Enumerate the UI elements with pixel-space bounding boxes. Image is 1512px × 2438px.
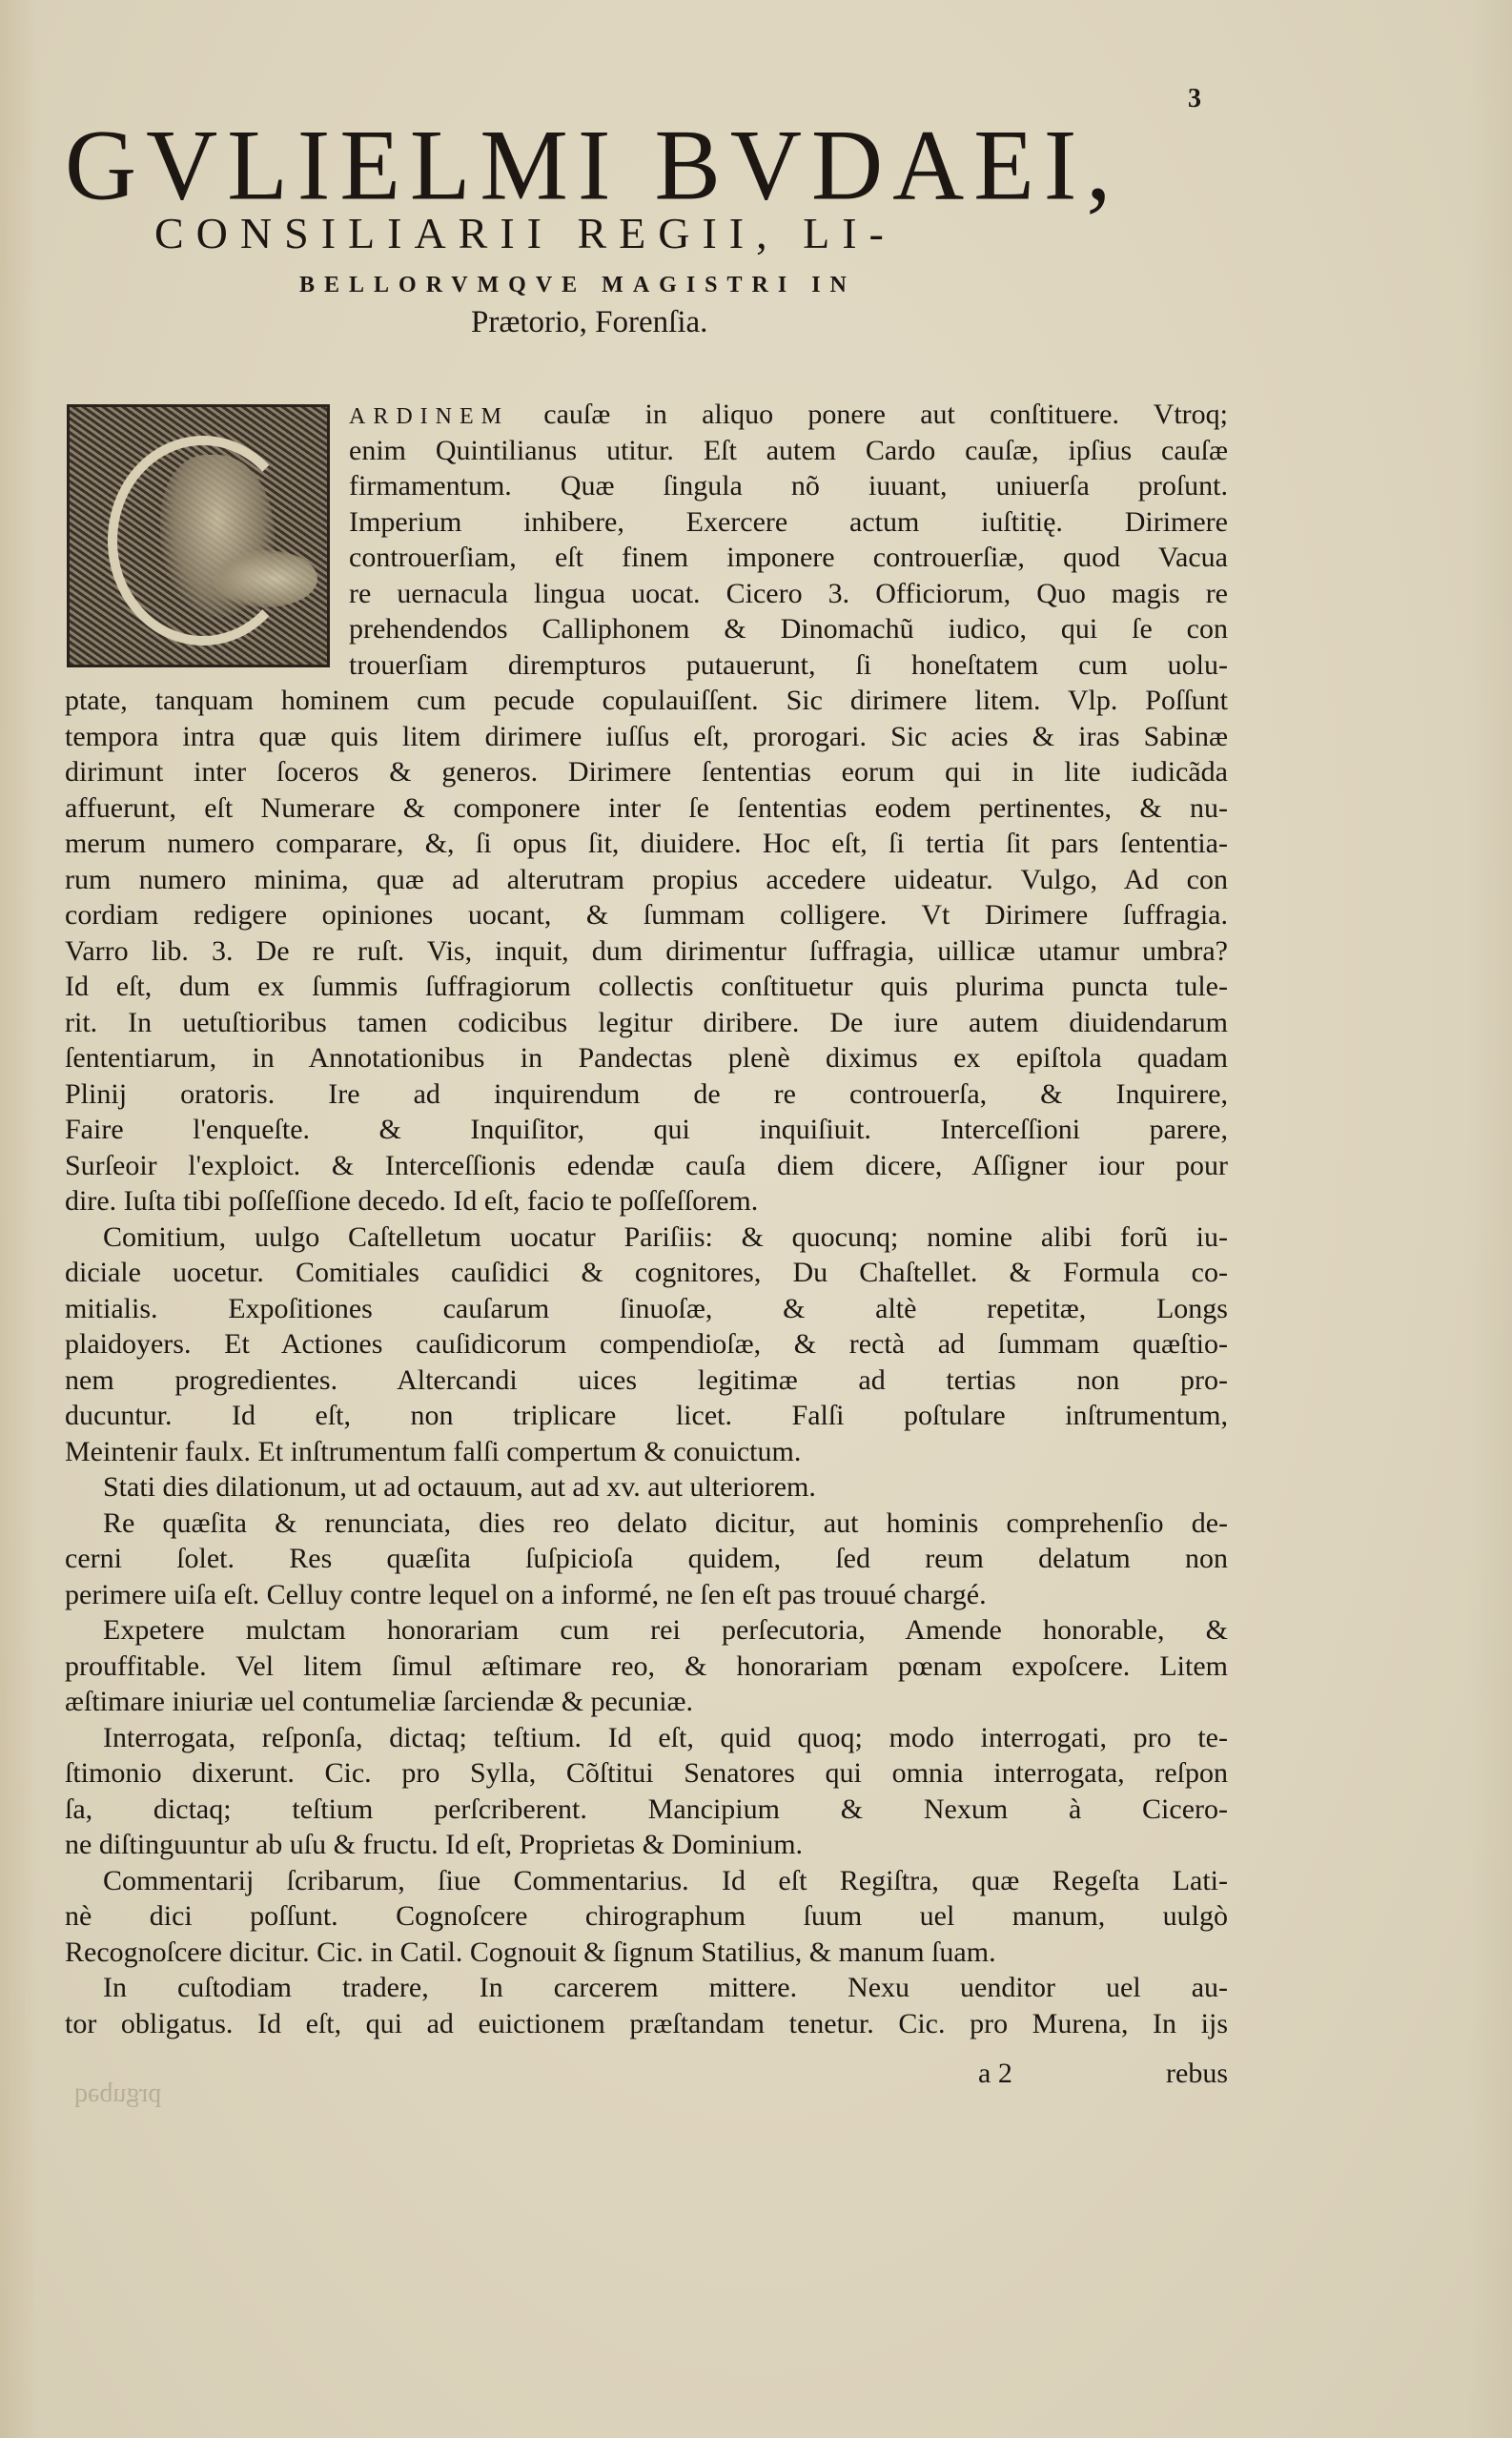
line-text: cordiam redigere opiniones uocant, & ſum… xyxy=(65,899,1228,931)
line-text: Interrogata, reſponſa, dictaq; teſtium. … xyxy=(103,1722,1228,1753)
text-line: enim Quintilianus utitur. Eſt autem Card… xyxy=(349,433,1228,469)
line-text: cerni ſolet. Res quæſita ſuſpicioſa quid… xyxy=(65,1543,1228,1574)
text-line: trouerſiam dirempturos putauerunt, ſi ho… xyxy=(349,647,1228,684)
line-text: Meintenir faulx. Et inſtrumentum falſi c… xyxy=(65,1436,801,1467)
line-text: ptate, tanquam hominem cum pecude copula… xyxy=(65,685,1228,716)
text-line: diciale uocetur. Comitiales cauſidici & … xyxy=(65,1255,1228,1291)
text-line: æſtimare iniuriæ uel contumeliæ ſarciend… xyxy=(65,1684,1228,1720)
line-text: Surſeoir l'exploict. & Interceſſionis ed… xyxy=(65,1150,1228,1181)
line-text: rit. In uetuſtioribus tamen codicibus le… xyxy=(65,1007,1228,1038)
text-line: Recognoſcere dicitur. Cic. in Catil. Cog… xyxy=(65,1935,1228,1971)
title-subtitle-line-3: Prætorio, Forenſia. xyxy=(471,307,707,338)
line-text: merum numero comparare, &, ſi opus ſit, … xyxy=(65,828,1228,859)
text-line: ne diſtinguuntur ab uſu & fructu. Id eſt… xyxy=(65,1827,1228,1863)
show-through-text: prgubəq xyxy=(74,2079,161,2109)
line-text: Imperium inhibere, Exercere actum iuſtit… xyxy=(349,506,1228,538)
text-line: prehendendos Calliphonem & Dinomachũ iud… xyxy=(349,611,1228,647)
line-text: nè dici poſſunt. Cognoſcere chirographum… xyxy=(65,1900,1228,1932)
line-text: prouffitable. Vel litem ſimul æſtimare r… xyxy=(65,1650,1228,1682)
line-text: prehendendos Calliphonem & Dinomachũ iud… xyxy=(349,613,1228,645)
text-line: prouffitable. Vel litem ſimul æſtimare r… xyxy=(65,1649,1228,1685)
text-line: In cuſtodiam tradere, In carcerem mitter… xyxy=(65,1970,1228,2006)
line-text: Plinij oratoris. Ire ad inquirendum de r… xyxy=(65,1078,1228,1110)
line-text: Comitium, uulgo Caſtelletum uocatur Pari… xyxy=(103,1221,1228,1253)
initial-word-smallcaps: ARDINEM xyxy=(349,404,509,429)
line-text: Commentarij ſcribarum, ſiue Commentarius… xyxy=(103,1865,1228,1896)
text-line: Comitium, uulgo Caſtelletum uocatur Pari… xyxy=(65,1219,1228,1256)
line-text: plaidoyers. Et Actiones cauſidicorum com… xyxy=(65,1328,1228,1360)
text-line: Expetere mulctam honorariam cum rei perſ… xyxy=(65,1612,1228,1649)
signature-mark: a 2 xyxy=(978,2058,1012,2090)
text-line: ARDINEM cauſæ in aliquo ponere aut conſt… xyxy=(349,397,1228,433)
line-text: diciale uocetur. Comitiales cauſidici & … xyxy=(65,1257,1228,1288)
text-line: merum numero comparare, &, ſi opus ſit, … xyxy=(65,826,1228,862)
line-text: re uernacula lingua uocat. Cicero 3. Off… xyxy=(349,578,1228,609)
text-line: Imperium inhibere, Exercere actum iuſtit… xyxy=(349,504,1228,541)
text-line: ſa, dictaq; teſtium perſcriberent. Manci… xyxy=(65,1792,1228,1828)
text-line: affuerunt, eſt Numerare & componere inte… xyxy=(65,790,1228,827)
line-text: firmamentum. Quæ ſingula nõ iuuant, uniu… xyxy=(349,470,1228,502)
text-line: firmamentum. Quæ ſingula nõ iuuant, uniu… xyxy=(349,468,1228,504)
text-line: mitialis. Expoſitiones cauſarum ſinuoſæ,… xyxy=(65,1291,1228,1327)
line-text: æſtimare iniuriæ uel contumeliæ ſarciend… xyxy=(65,1686,693,1717)
line-text: mitialis. Expoſitiones cauſarum ſinuoſæ,… xyxy=(65,1293,1228,1324)
catchword: rebus xyxy=(1166,2058,1228,2090)
line-text: Expetere mulctam honorariam cum rei perſ… xyxy=(103,1614,1228,1646)
text-line: controuerſiam, eſt finem imponere contro… xyxy=(349,540,1228,576)
text-line: tor obligatus. Id eſt, qui ad euictionem… xyxy=(65,2006,1228,2042)
line-text: Id eſt, dum ex ſummis ſuffragiorum colle… xyxy=(65,971,1228,1002)
text-line: cordiam redigere opiniones uocant, & ſum… xyxy=(65,897,1228,933)
line-text: Faire l'enqueſte. & Inquiſitor, qui inqu… xyxy=(65,1114,1228,1145)
page-number: 3 xyxy=(1188,84,1201,114)
text-line: Interrogata, reſponſa, dictaq; teſtium. … xyxy=(65,1720,1228,1756)
line-text: perimere uiſa eſt. Celluy contre lequel … xyxy=(65,1579,987,1610)
line-text: nem progredientes. Altercandi uices legi… xyxy=(65,1364,1228,1396)
text-line: ſtimonio dixerunt. Cic. pro Sylla, Cõſti… xyxy=(65,1755,1228,1792)
line-text: In cuſtodiam tradere, In carcerem mitter… xyxy=(103,1972,1228,2003)
text-line: tempora intra quæ quis litem dirimere iu… xyxy=(65,719,1228,755)
text-line: rit. In uetuſtioribus tamen codicibus le… xyxy=(65,1005,1228,1041)
line-text: dire. Iuſta tibi poſſeſſione decedo. Id … xyxy=(65,1185,758,1217)
line-text: cauſæ in aliquo ponere aut conſtituere. … xyxy=(509,399,1228,430)
text-line: Id eſt, dum ex ſummis ſuffragiorum colle… xyxy=(65,969,1228,1005)
text-line: nè dici poſſunt. Cognoſcere chirographum… xyxy=(65,1898,1228,1935)
main-text-block: ARDINEM cauſæ in aliquo ponere aut conſt… xyxy=(65,397,1228,2041)
text-line: cerni ſolet. Res quæſita ſuſpicioſa quid… xyxy=(65,1541,1228,1577)
line-text: ſtimonio dixerunt. Cic. pro Sylla, Cõſti… xyxy=(65,1757,1228,1789)
text-line: Varro lib. 3. De re ruſt. Vis, inquit, d… xyxy=(65,933,1228,970)
book-page: 3 GVLIELMI BVDAEI, CONSILIARII REGII, LI… xyxy=(0,0,1512,2438)
line-text: tor obligatus. Id eſt, qui ad euictionem… xyxy=(65,2008,1228,2039)
text-line: ducuntur. Id eſt, non triplicare licet. … xyxy=(65,1398,1228,1434)
text-line: Re quæſita & renunciata, dies reo delato… xyxy=(65,1506,1228,1542)
title-subtitle-line-1: CONSILIARII REGII, LI- xyxy=(154,212,896,256)
text-line: dire. Iuſta tibi poſſeſſione decedo. Id … xyxy=(65,1183,1228,1219)
line-text: enim Quintilianus utitur. Eſt autem Card… xyxy=(349,435,1228,466)
text-line: re uernacula lingua uocat. Cicero 3. Off… xyxy=(349,576,1228,612)
line-text: rum numero minima, quæ ad alterutram pro… xyxy=(65,864,1228,895)
line-text: Stati dies dilationum, ut ad octauum, au… xyxy=(103,1471,816,1503)
text-line: perimere uiſa eſt. Celluy contre lequel … xyxy=(65,1577,1228,1613)
line-text: Varro lib. 3. De re ruſt. Vis, inquit, d… xyxy=(65,935,1228,967)
line-text: ſa, dictaq; teſtium perſcriberent. Manci… xyxy=(65,1793,1228,1825)
text-line: plaidoyers. Et Actiones cauſidicorum com… xyxy=(65,1326,1228,1362)
line-text: trouerſiam dirempturos putauerunt, ſi ho… xyxy=(349,649,1228,681)
line-text: ne diſtinguuntur ab uſu & fructu. Id eſt… xyxy=(65,1829,803,1860)
text-line: Commentarij ſcribarum, ſiue Commentarius… xyxy=(65,1863,1228,1899)
text-line: Stati dies dilationum, ut ad octauum, au… xyxy=(65,1469,1228,1506)
title-author-name: GVLIELMI BVDAEI, xyxy=(65,115,1120,216)
text-line: ptate, tanquam hominem cum pecude copula… xyxy=(65,683,1228,719)
line-text: tempora intra quæ quis litem dirimere iu… xyxy=(65,721,1228,752)
line-text: dirimunt inter ſoceros & generos. Dirime… xyxy=(65,756,1228,788)
line-text: affuerunt, eſt Numerare & componere inte… xyxy=(65,792,1228,824)
line-text: ſententiarum, in Annotationibus in Pande… xyxy=(65,1042,1228,1074)
title-subtitle-line-2: BELLORVMQVE MAGISTRI IN xyxy=(299,274,856,297)
text-line: Meintenir faulx. Et inſtrumentum falſi c… xyxy=(65,1434,1228,1470)
line-text: Recognoſcere dicitur. Cic. in Catil. Cog… xyxy=(65,1936,996,1968)
text-line: Faire l'enqueſte. & Inquiſitor, qui inqu… xyxy=(65,1112,1228,1148)
text-line: rum numero minima, quæ ad alterutram pro… xyxy=(65,862,1228,898)
line-text: controuerſiam, eſt finem imponere contro… xyxy=(349,542,1228,573)
text-line: ſententiarum, in Annotationibus in Pande… xyxy=(65,1040,1228,1076)
line-text: Re quæſita & renunciata, dies reo delato… xyxy=(103,1507,1228,1539)
text-line: Plinij oratoris. Ire ad inquirendum de r… xyxy=(65,1076,1228,1113)
text-line: nem progredientes. Altercandi uices legi… xyxy=(65,1362,1228,1399)
line-text: ducuntur. Id eſt, non triplicare licet. … xyxy=(65,1400,1228,1431)
text-line: Surſeoir l'exploict. & Interceſſionis ed… xyxy=(65,1148,1228,1184)
text-line: dirimunt inter ſoceros & generos. Dirime… xyxy=(65,754,1228,790)
